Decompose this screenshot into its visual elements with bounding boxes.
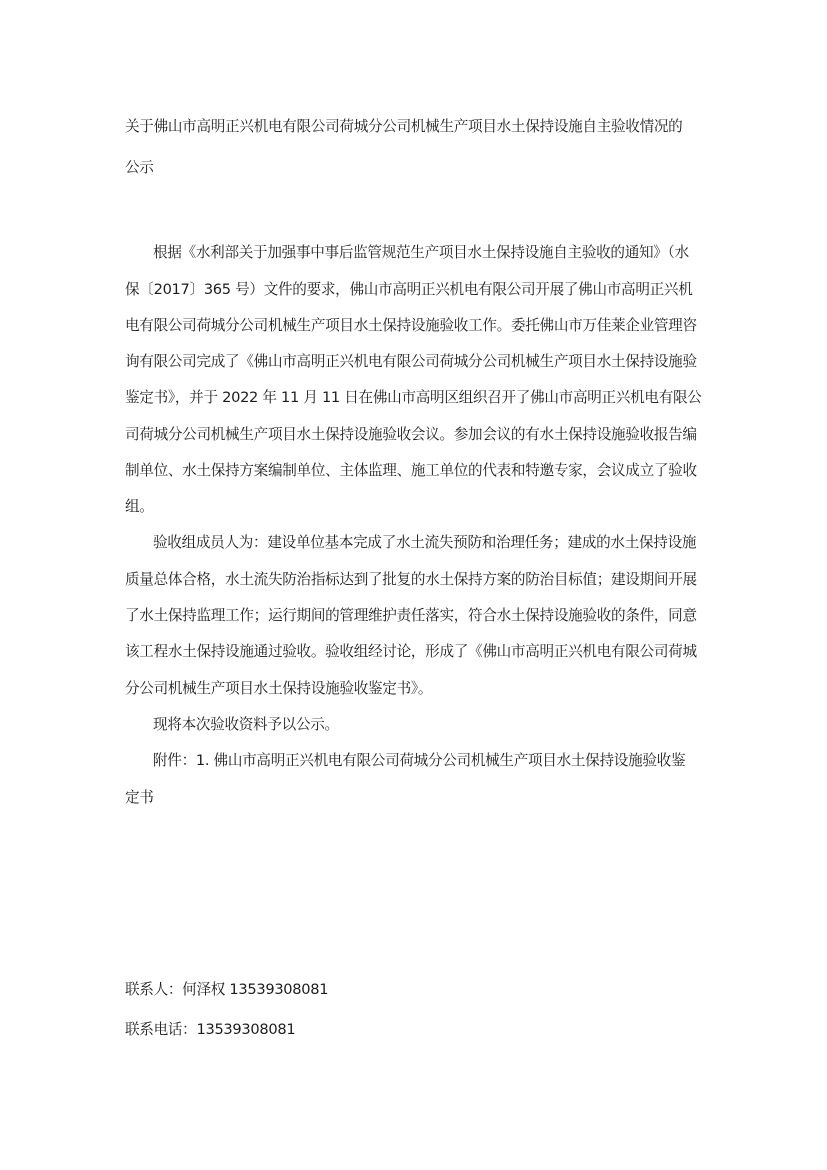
announcement-paragraph-line-1: 现将本次验收资料予以公示。: [153, 715, 733, 735]
document-title-line-1: 关于佛山市高明正兴机电有限公司荷城分公司机械生产项目水土保持设施自主验收情况的: [125, 117, 705, 137]
basis-paragraph-line-1: 根据《水利部关于加强事中事后监管规范生产项目水土保持设施自主验收的通知》（水: [153, 243, 733, 263]
contact-phone: 联系电话：13539308081: [125, 1020, 705, 1040]
basis-paragraph-line-4: 询有限公司完成了《佛山市高明正兴机电有限公司荷城分公司机械生产项目水土保持设施验: [125, 352, 705, 372]
document-title-line-2: 公示: [125, 158, 705, 178]
basis-paragraph-line-3: 电有限公司荷城分公司机械生产项目水土保持设施验收工作。委托佛山市万佳莱企业管理咨: [125, 316, 705, 336]
attachment-paragraph-line-2: 定书: [125, 788, 705, 808]
conclusion-paragraph-line-3: 了水土保持监理工作；运行期间的管理维护责任落实，符合水土保持设施验收的条件，同意: [125, 606, 705, 626]
basis-paragraph-line-8: 组。: [125, 497, 705, 517]
basis-paragraph-line-5: 鉴定书》，并于 2022 年 11 月 11 日在佛山市高明区组织召开了佛山市高…: [125, 388, 705, 408]
attachment-paragraph-line-1: 附件：1. 佛山市高明正兴机电有限公司荷城分公司机械生产项目水土保持设施验收鉴: [153, 751, 733, 771]
conclusion-paragraph-line-4: 该工程水土保持设施通过验收。验收组经讨论，形成了《佛山市高明正兴机电有限公司荷城: [125, 642, 705, 662]
basis-paragraph-line-2: 保〔2017〕365 号）文件的要求，佛山市高明正兴机电有限公司开展了佛山市高明…: [125, 280, 705, 300]
conclusion-paragraph-line-1: 验收组成员人为：建设单位基本完成了水土流失预防和治理任务；建成的水土保持设施: [153, 533, 733, 553]
basis-paragraph-line-6: 司荷城分公司机械生产项目水土保持设施验收会议。参加会议的有水土保持设施验收报告编: [125, 425, 705, 445]
conclusion-paragraph-line-2: 质量总体合格，水土流失防治指标达到了批复的水土保持方案的防治目标值；建设期间开展: [125, 570, 705, 590]
document-page: 关于佛山市高明正兴机电有限公司荷城分公司机械生产项目水土保持设施自主验收情况的 …: [0, 0, 827, 1170]
basis-paragraph-line-7: 制单位、水土保持方案编制单位、主体监理、施工单位的代表和特邀专家，会议成立了验收: [125, 461, 705, 481]
conclusion-paragraph-line-5: 分公司机械生产项目水土保持设施验收鉴定书》。: [125, 679, 705, 699]
contact-person: 联系人：何泽权 13539308081: [125, 980, 705, 1000]
